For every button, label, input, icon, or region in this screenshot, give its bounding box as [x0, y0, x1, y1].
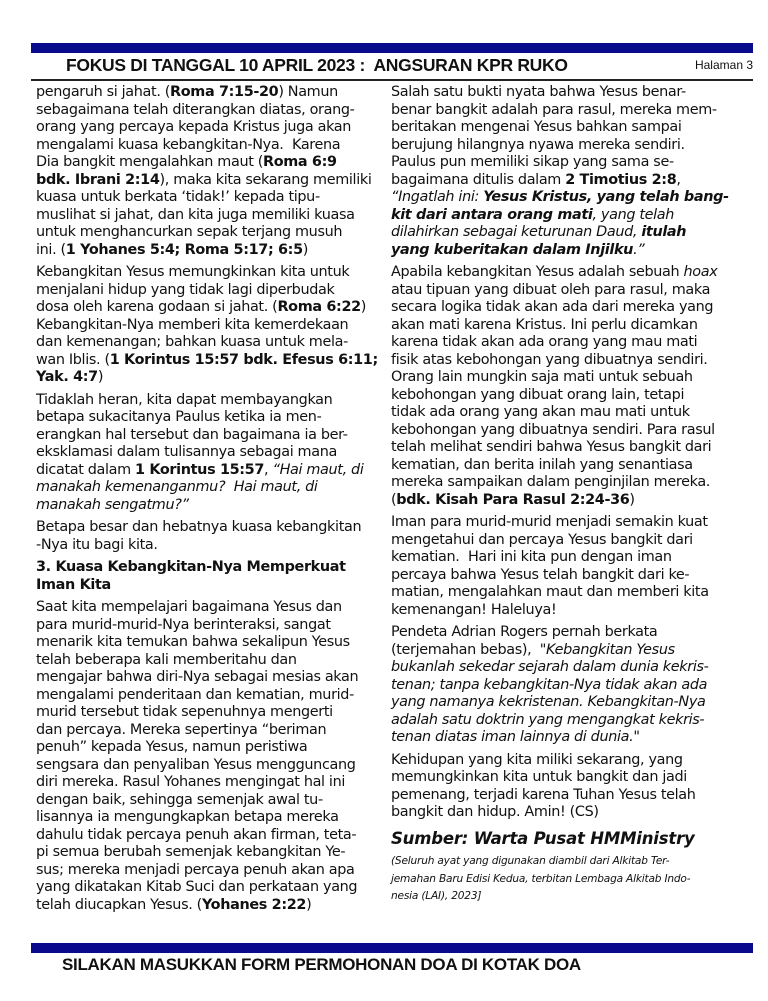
- paragraph: Tidaklah heran, kita dapat membayangkan …: [36, 392, 381, 515]
- paragraph: Iman para murid-murid menjadi semakin ku…: [391, 514, 751, 619]
- paragraph: Betapa besar dan hebatnya kuasa kebangki…: [36, 519, 381, 554]
- section-heading: 3. Kuasa Kebangkitan-Nya Memperkuat Iman…: [36, 559, 381, 594]
- header-bar: [31, 43, 753, 53]
- source-credit: Sumber: Warta Pusat HMMinistry: [391, 830, 751, 848]
- paragraph: Kehidupan yang kita miliki sekarang, yan…: [391, 752, 751, 822]
- paragraph: Kebangkitan Yesus memungkinkan kita untu…: [36, 264, 381, 387]
- paragraph: Apabila kebangkitan Yesus adalah sebuah …: [391, 264, 751, 509]
- page-number: Halaman 3: [695, 58, 753, 72]
- footer-notice: SILAKAN MASUKKAN FORM PERMOHONAN DOA DI …: [62, 955, 581, 975]
- page-title: FOKUS DI TANGGAL 10 APRIL 2023 : ANGSURA…: [66, 55, 568, 76]
- left-column: pengaruh si jahat. (Roma 7:15-20) Namun …: [36, 84, 381, 919]
- paragraph: Saat kita mempelajari bagaimana Yesus da…: [36, 599, 381, 914]
- paragraph: pengaruh si jahat. (Roma 7:15-20) Namun …: [36, 84, 381, 259]
- page-header: FOKUS DI TANGGAL 10 APRIL 2023 : ANGSURA…: [31, 55, 753, 81]
- paragraph: Salah satu bukti nyata bahwa Yesus benar…: [391, 84, 751, 259]
- right-column: Salah satu bukti nyata bahwa Yesus benar…: [391, 84, 751, 906]
- footer-bar: [31, 943, 753, 953]
- quote-paragraph: Pendeta Adrian Rogers pernah berkata (te…: [391, 624, 751, 747]
- scripture-note: (Seluruh ayat yang digunakan diambil dar…: [391, 853, 751, 906]
